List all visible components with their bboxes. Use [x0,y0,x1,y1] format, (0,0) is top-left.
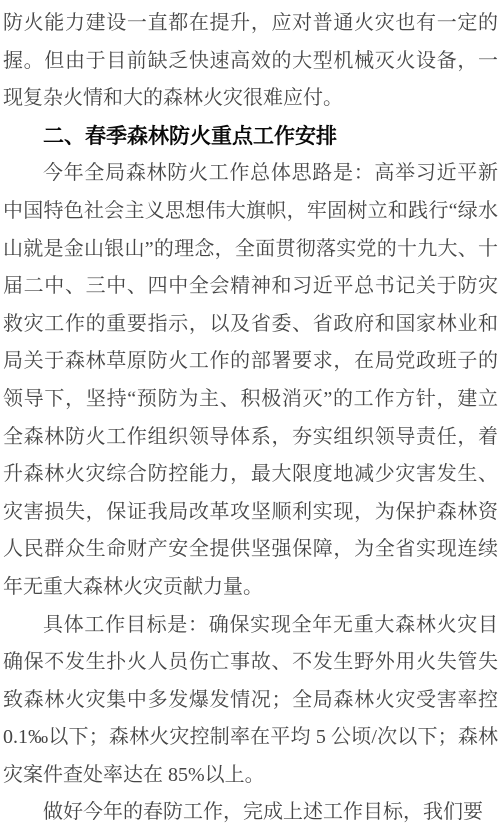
paragraph-0-line: 现复杂火情和大的森林火灾很难应付。 [3,80,498,118]
paragraph-2-line: 年无重大森林火灾贡献力量。 [3,569,498,607]
paragraph-3-line: 0.1‰以下；森林火灾控制率在平均 5 公顷/次以下；森林火 [3,719,498,757]
section-heading: 二、春季森林防火重点工作安排 [3,118,498,156]
paragraph-2-line: 升森林火灾综合防控能力，最大限度地减少灾害发生、降低 [3,456,498,494]
paragraph-0-line: 防火能力建设一直都在提升，应对普通火灾也有一定的把 [3,5,498,43]
paragraph-3-line: 灾案件查处率达在 85%以上。 [3,757,498,795]
paragraph-2-line: 届二中、三中、四中全会精神和习近平总书记关于防灾减灾 [3,268,498,306]
paragraph-3-line: 确保不发生扑火人员伤亡事故、不发生野外用火失管失控导 [3,644,498,682]
paragraph-3-line: 具体工作目标是：确保实现全年无重大森林火灾目标； [3,607,498,645]
paragraph-2-line: 灾害损失，保证我局改革攻坚顺利实现，为保护森林资源和 [3,494,498,532]
paragraph-2-line: 局关于森林草原防火工作的部署要求，在局党政班子的坚强 [3,343,498,381]
paragraph-2-line: 中国特色社会主义思想伟大旗帜，牢固树立和践行“绿水青 [3,193,498,231]
paragraph-2-line: 领导下，坚持“预防为主、积极消灭”的工作方针，建立健 [3,381,498,419]
paragraph-2-line: 全森林防火工作组织领导体系，夯实组织领导责任，着力提 [3,419,498,457]
paragraph-4-line: 做好今年的春防工作，完成上述工作目标，我们要从以 [3,794,498,832]
paragraph-2-line: 山就是金山银山”的理念，全面贯彻落实党的十九大、十九 [3,231,498,269]
document-body: 防火能力建设一直都在提升，应对普通火灾也有一定的把握。但由于目前缺乏快速高效的大… [3,5,498,832]
paragraph-0-line: 握。但由于目前缺乏快速高效的大型机械灭火设备，一旦出 [3,43,498,81]
paragraph-2-line: 救灾工作的重要指示，以及省委、省政府和国家林业和草原 [3,306,498,344]
document-page: 防火能力建设一直都在提升，应对普通火灾也有一定的把握。但由于目前缺乏快速高效的大… [0,0,501,833]
paragraph-2-line: 今年全局森林防火工作总体思路是：高举习近平新时代 [3,155,498,193]
paragraph-3-line: 致森林火灾集中多发爆发情况；全局森林火灾受害率控制在 [3,682,498,720]
paragraph-2-line: 人民群众生命财产安全提供坚强保障，为全省实现连续 40 [3,531,498,569]
